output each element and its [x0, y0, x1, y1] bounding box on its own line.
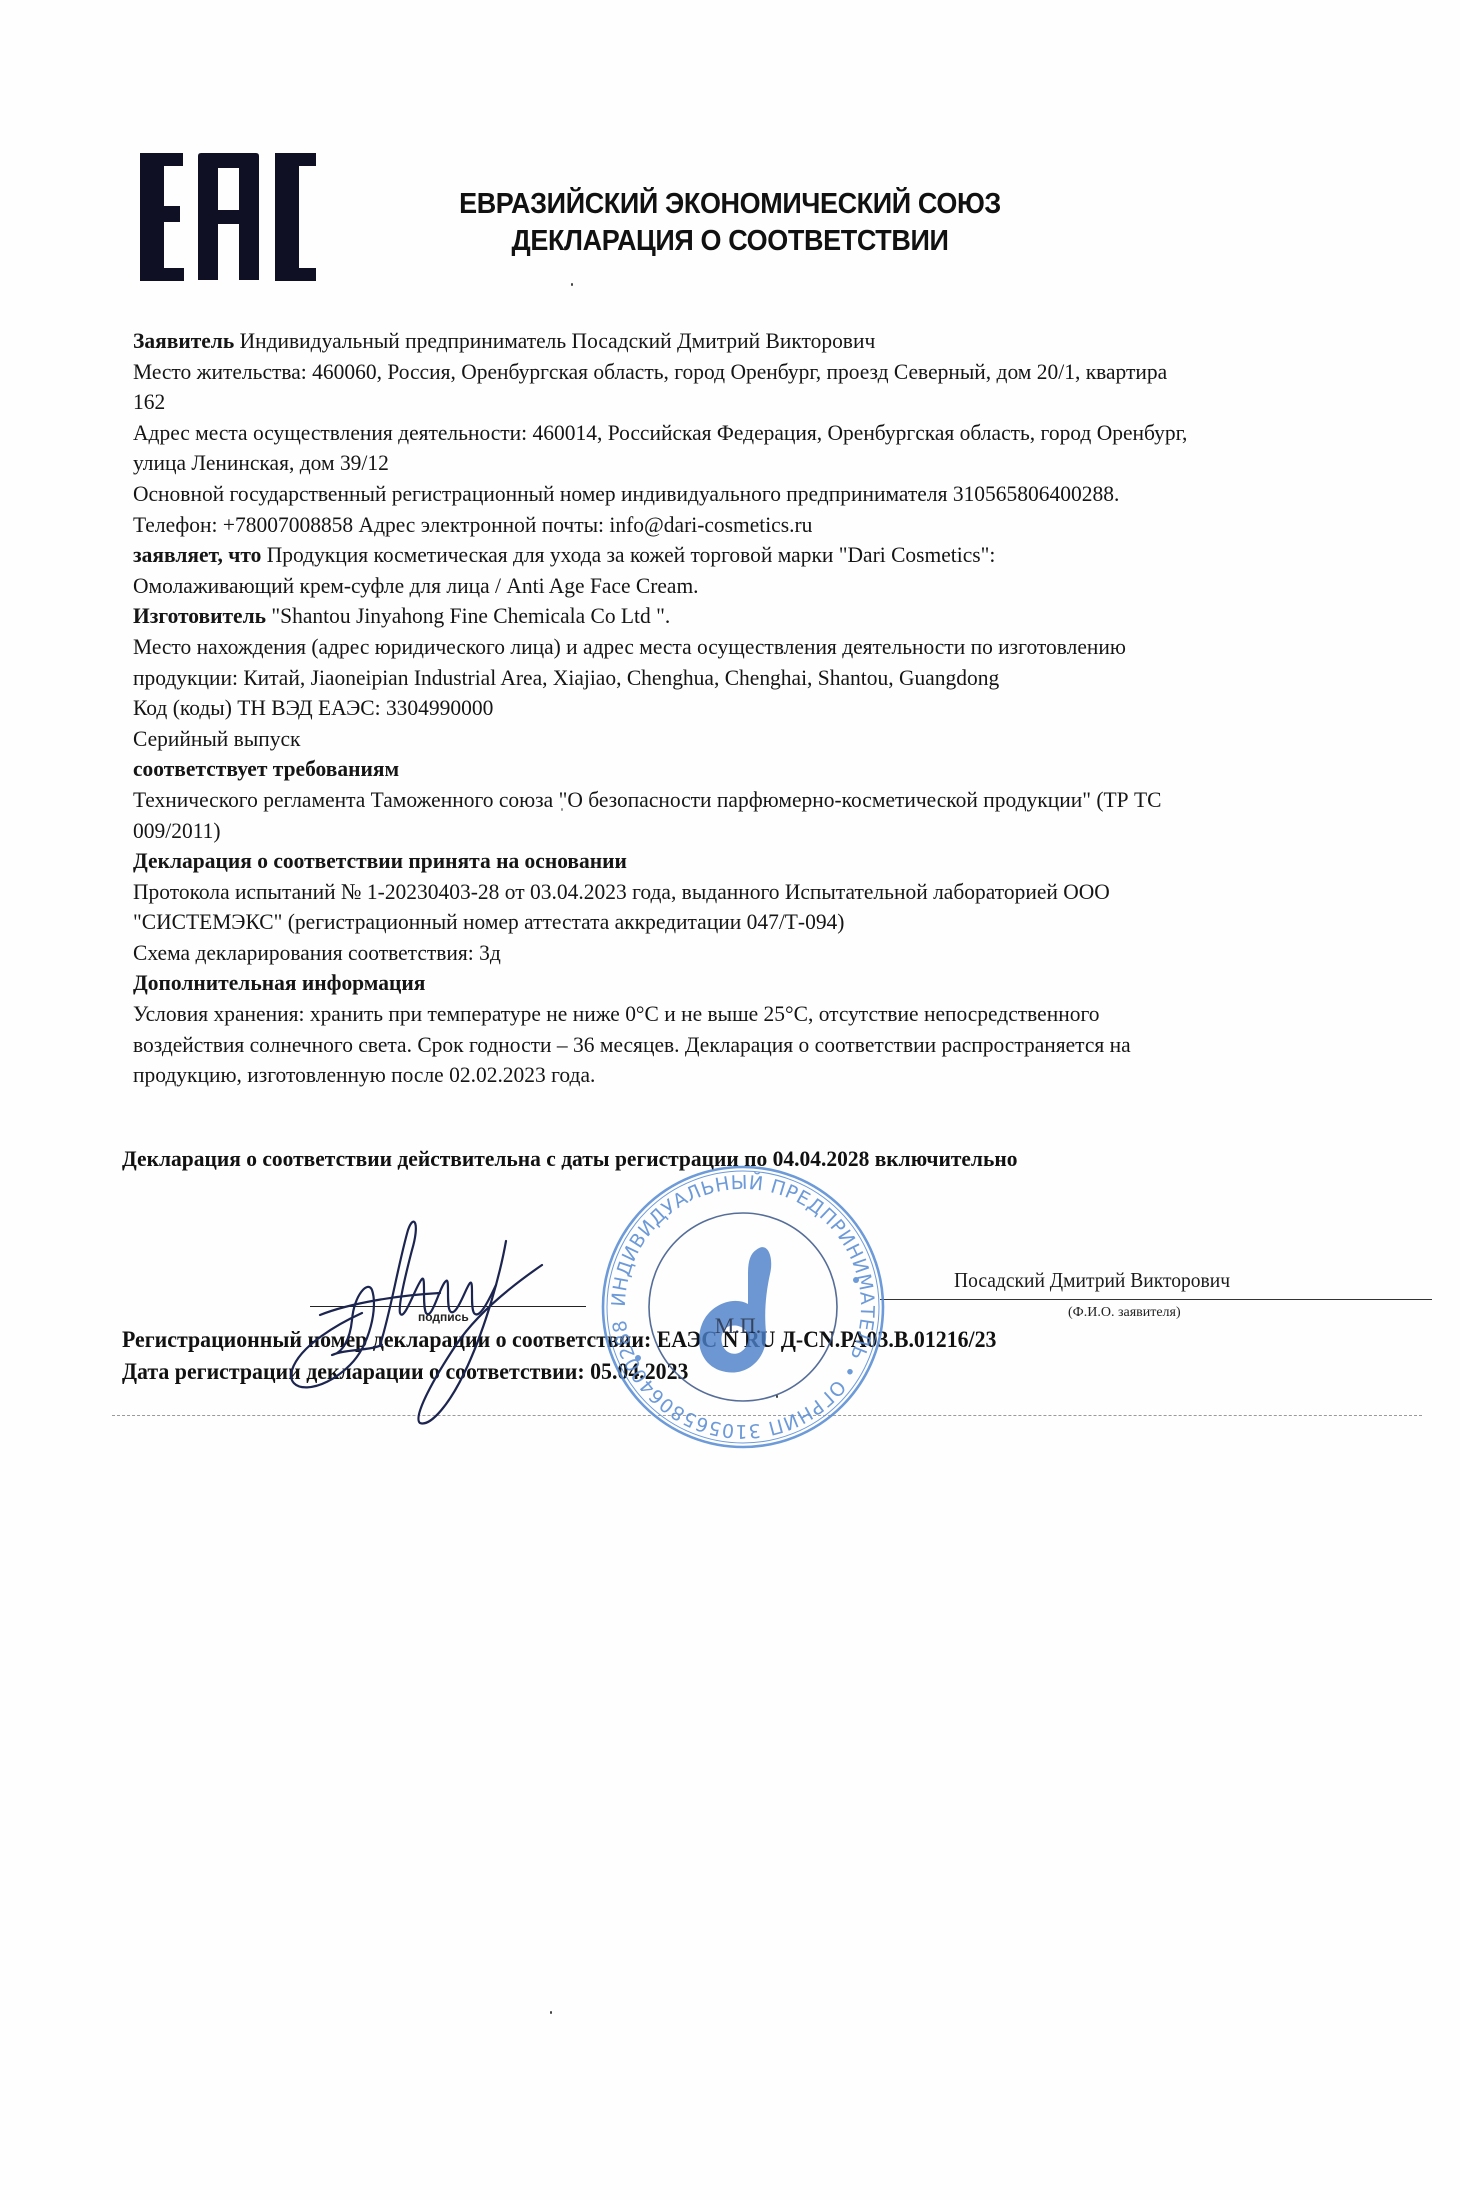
document-title: ДЕКЛАРАЦИЯ О СООТВЕТСТВИИ — [428, 223, 1033, 260]
stamp-center-label: М.П. — [715, 1313, 761, 1338]
handwritten-signature-icon — [280, 1195, 580, 1435]
product-name: Омолаживающий крем-суфле для лица / Anti… — [133, 571, 1317, 602]
additional-info-heading: Дополнительная информация — [133, 968, 1317, 999]
manufacturer-label: Изготовитель — [133, 603, 266, 628]
applicant-line: Заявитель Индивидуальный предприниматель… — [133, 326, 1317, 357]
scan-artifact — [571, 283, 573, 286]
scan-artifact — [561, 808, 563, 811]
name-caption: (Ф.И.О. заявителя) — [1068, 1305, 1181, 1321]
manufacturer-line: Изготовитель "Shantou Jinyahong Fine Che… — [133, 601, 1317, 632]
scan-artifact — [550, 2011, 552, 2014]
eac-mark-icon — [140, 152, 318, 282]
manufacturer-location-line-1: Место нахождения (адрес юридического лиц… — [133, 632, 1317, 663]
ogrnip-line: Основной государственный регистрационный… — [133, 479, 1317, 510]
scheme-line: Схема декларирования соответствия: 3д — [133, 938, 1317, 969]
contacts-line: Телефон: +78007008858 Адрес электронной … — [133, 510, 1317, 541]
activity-address-line-2: улица Ленинская, дом 39/12 — [133, 448, 1317, 479]
manufacturer-value: "Shantou Jinyahong Fine Chemicala Co Ltd… — [266, 603, 670, 628]
release-type-line: Серийный выпуск — [133, 724, 1317, 755]
name-underline — [880, 1299, 1432, 1300]
storage-line-3: продукцию, изготовленную после 02.02.202… — [133, 1060, 1317, 1091]
residence-line-1: Место жительства: 460060, Россия, Оренбу… — [133, 357, 1317, 388]
protocol-line-1: Протокола испытаний № 1-20230403-28 от 0… — [133, 877, 1317, 908]
applicant-value: Индивидуальный предприниматель Посадский… — [234, 328, 875, 353]
storage-line-1: Условия хранения: хранить при температур… — [133, 999, 1317, 1030]
scan-artifact — [776, 1395, 778, 1398]
complies-heading: соответствует требованиям — [133, 754, 1317, 785]
declaration-body: Заявитель Индивидуальный предприниматель… — [133, 326, 1373, 1091]
regulation-line-1: Технического регламента Таможенного союз… — [133, 785, 1317, 816]
storage-line-2: воздействия солнечного света. Срок годно… — [133, 1030, 1317, 1061]
activity-address-line-1: Адрес места осуществления деятельности: … — [133, 418, 1317, 449]
union-title: ЕВРАЗИЙСКИЙ ЭКОНОМИЧЕСКИЙ СОЮЗ — [428, 186, 1033, 223]
protocol-line-2: "СИСТЕМЭКС" (регистрационный номер аттес… — [133, 907, 1317, 938]
applicant-label: Заявитель — [133, 328, 234, 353]
document-header: ЕВРАЗИЙСКИЙ ЭКОНОМИЧЕСКИЙ СОЮЗ ДЕКЛАРАЦИ… — [405, 186, 1055, 260]
manufacturer-location-line-2: продукции: Китай, Jiaoneipian Industrial… — [133, 663, 1317, 694]
declaration-page: ЕВРАЗИЙСКИЙ ЭКОНОМИЧЕСКИЙ СОЮЗ ДЕКЛАРАЦИ… — [0, 0, 1460, 2200]
declares-value: Продукция косметическая для ухода за кож… — [261, 542, 995, 567]
regulation-line-2: 009/2011) — [133, 816, 1317, 847]
residence-line-2: 162 — [133, 387, 1317, 418]
hs-code-line: Код (коды) ТН ВЭД ЕАЭС: 3304990000 — [133, 693, 1317, 724]
declares-line: заявляет, что Продукция косметическая дл… — [133, 540, 1317, 571]
official-stamp: ИНДИВИДУАЛЬНЫЙ ПРЕДПРИНИМАТЕЛЬ • ОГРНИП … — [598, 1162, 888, 1452]
applicant-full-name: Посадский Дмитрий Викторович — [954, 1268, 1230, 1293]
basis-heading: Декларация о соответствии принята на осн… — [133, 846, 1317, 877]
declares-label: заявляет, что — [133, 542, 261, 567]
